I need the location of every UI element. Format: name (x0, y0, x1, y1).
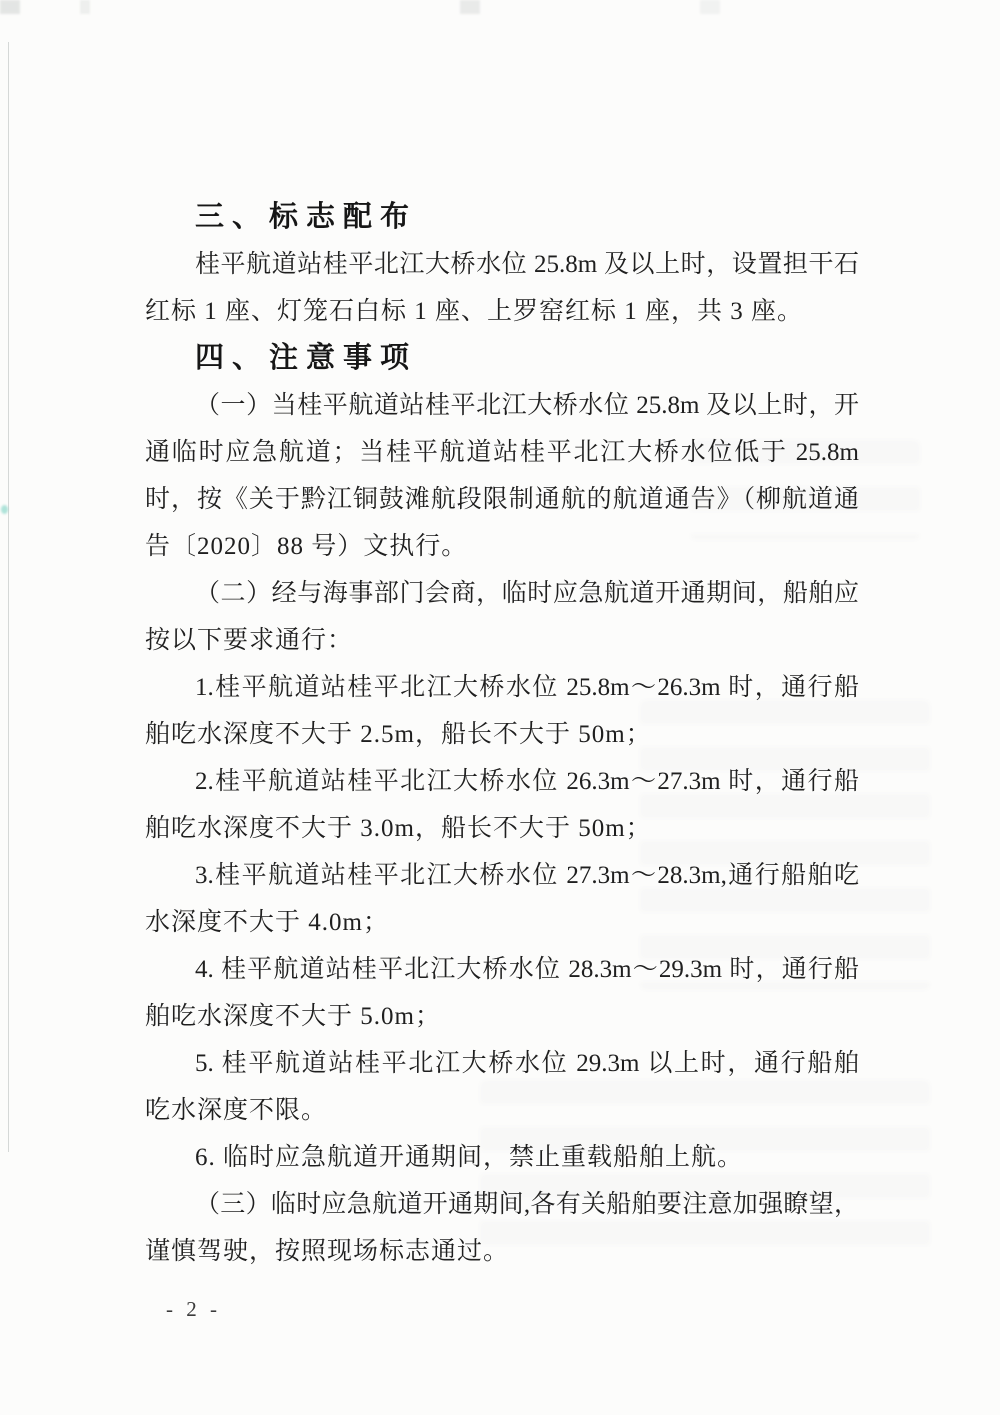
scan-edge-artifact (8, 42, 9, 1152)
text-line: 舶吃水深度不大于 2.5m，船长不大于 50m； (145, 711, 859, 758)
text-line: （一）当桂平航道站桂平北江大桥水位 25.8m 及以上时，开 (145, 382, 859, 429)
section-heading: 三、标志配布 (145, 194, 859, 241)
text-line: 5. 桂平航道站桂平北江大桥水位 29.3m 以上时，通行船舶 (145, 1040, 859, 1087)
text-line: 3.桂平航道站桂平北江大桥水位 27.3m～28.3m,通行船舶吃 (145, 852, 859, 899)
text-line: 2.桂平航道站桂平北江大桥水位 26.3m～27.3m 时，通行船 (145, 758, 859, 805)
text-line: （三）临时应急航道开通期间,各有关船舶要注意加强瞭望， (145, 1181, 859, 1228)
page-number: - 2 - (166, 1297, 221, 1322)
section-heading: 四、注意事项 (145, 335, 859, 382)
text-line: 舶吃水深度不大于 5.0m； (145, 993, 859, 1040)
text-line: 水深度不大于 4.0m； (145, 899, 859, 946)
text-line: 1.桂平航道站桂平北江大桥水位 25.8m～26.3m 时，通行船 (145, 664, 859, 711)
scan-speck-artifact (1, 505, 8, 514)
document-page: 三、标志配布 桂平航道站桂平北江大桥水位 25.8m 及以上时，设置担干石 红标… (0, 0, 1000, 1415)
text-line: （二）经与海事部门会商，临时应急航道开通期间，船舶应 (145, 570, 859, 617)
text-line: 告〔2020〕88 号）文执行。 (145, 523, 859, 570)
text-line: 4. 桂平航道站桂平北江大桥水位 28.3m～29.3m 时，通行船 (145, 946, 859, 993)
text-line: 谨慎驾驶，按照现场标志通过。 (145, 1228, 859, 1275)
document-content: 三、标志配布 桂平航道站桂平北江大桥水位 25.8m 及以上时，设置担干石 红标… (145, 194, 859, 1275)
text-line: 舶吃水深度不大于 3.0m，船长不大于 50m； (145, 805, 859, 852)
text-line: 红标 1 座、灯笼石白标 1 座、上罗窑红标 1 座，共 3 座。 (145, 288, 859, 335)
text-line: 6. 临时应急航道开通期间，禁止重载船舶上航。 (145, 1134, 859, 1181)
text-line: 时，按《关于黔江铜鼓滩航段限制通航的航道通告》（柳航道通 (145, 476, 859, 523)
text-line: 吃水深度不限。 (145, 1087, 859, 1134)
text-line: 按以下要求通行： (145, 617, 859, 664)
text-line: 通临时应急航道；当桂平航道站桂平北江大桥水位低于 25.8m (145, 429, 859, 476)
text-line: 桂平航道站桂平北江大桥水位 25.8m 及以上时，设置担干石 (145, 241, 859, 288)
scan-speckle-artifact (0, 0, 1000, 14)
